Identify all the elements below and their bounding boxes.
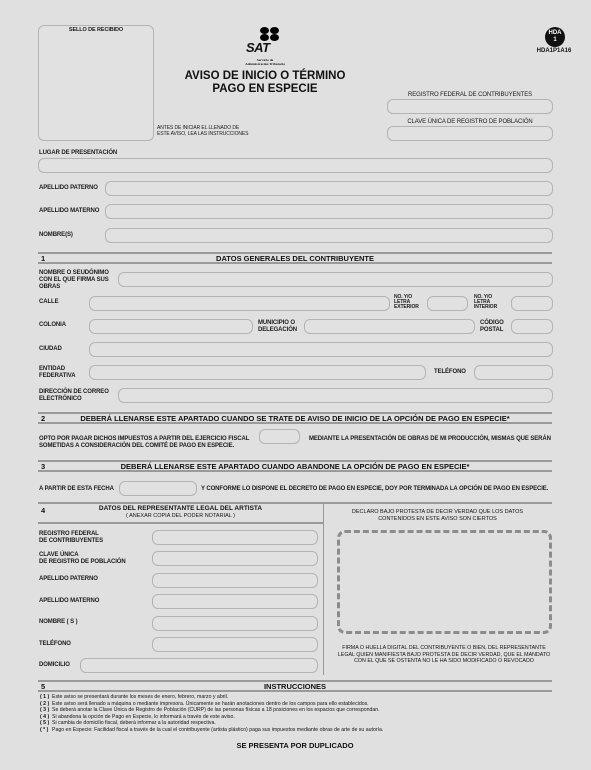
page-title-line1: AVISO DE INICIO O TÉRMINO <box>160 70 370 83</box>
ejercicio-fiscal-field[interactable] <box>259 429 300 444</box>
seudonimo-field[interactable] <box>118 272 553 287</box>
apellido-paterno-field[interactable] <box>105 181 553 196</box>
sat-logo-sub2: Administración Tributaria <box>235 62 295 66</box>
form-badge: HDA 1 <box>545 27 565 47</box>
no-exterior-field[interactable] <box>427 296 468 311</box>
page-title-line2: PAGO EN ESPECIE <box>160 83 370 96</box>
section-2-text-after: MEDIANTE LA PRESENTACIÓN DE OBRAS DE MI … <box>309 436 551 443</box>
no-interior-field[interactable] <box>511 296 553 311</box>
rep-curp-field[interactable] <box>152 551 318 566</box>
telefono-field[interactable] <box>474 365 553 380</box>
section-4-divider <box>323 503 324 675</box>
colonia-field[interactable] <box>89 319 253 334</box>
apellido-materno-field[interactable] <box>105 204 553 219</box>
codigo-postal-field[interactable] <box>511 319 553 334</box>
sat-logo-text: SAT <box>246 41 280 54</box>
rep-apellido-paterno-field[interactable] <box>152 573 318 588</box>
instruction-item: ( 5 )Si cambia de domicilio fiscal, debe… <box>40 720 216 726</box>
ciudad-label: CIUDAD <box>39 346 62 353</box>
apellido-paterno-label: APELLIDO PATERNO <box>39 185 98 192</box>
rfc-label: REGISTRO FEDERAL DE CONTRIBUYENTES <box>387 92 553 99</box>
municipio-label: MUNICIPIO O DELEGACIÓN <box>258 320 302 334</box>
rep-apellido-paterno-label: APELLIDO PATERNO <box>39 576 98 583</box>
instruction-item: ( 4 )Si abandona la opción de Pago en Es… <box>40 714 235 720</box>
stamp-label: SELLO DE RECIBIDO <box>38 27 154 34</box>
entidad-label: ENTIDAD FEDERATIVA <box>39 366 79 380</box>
seudonimo-label: NOMBRE O SEUDÓNIMO CON EL QUE FIRMA SUS … <box>39 270 117 291</box>
rep-rfc-label: REGISTRO FEDERAL DE CONTRIBUYENTES <box>39 531 103 545</box>
section-4-subheader-rule <box>38 522 323 524</box>
rep-nombre-label: NOMBRE ( S ) <box>39 619 77 626</box>
colonia-label: COLONIA <box>39 322 66 329</box>
form-code: HDA1P1A16 <box>526 48 582 54</box>
ciudad-field[interactable] <box>89 342 553 357</box>
curp-label: CLAVE ÚNICA DE REGISTRO DE POBLACIÓN <box>387 119 553 126</box>
municipio-field[interactable] <box>304 319 475 334</box>
section-4-top-rule <box>38 502 552 504</box>
calle-field[interactable] <box>89 296 390 311</box>
form-badge-line2: 1 <box>545 37 565 44</box>
lugar-field[interactable] <box>38 158 553 173</box>
curp-field[interactable] <box>387 126 553 141</box>
section-3-text-after: Y CONFORME LO DISPONE EL DECRETO DE PAGO… <box>201 486 548 493</box>
section-4-subtitle: ( ANEXAR COPIA DEL PODER NOTARIAL ) <box>38 513 323 520</box>
instruction-item: ( 2 )Este aviso será llenado a máquina o… <box>40 701 369 707</box>
section-2-text-before: OPTO POR PAGAR DICHOS IMPUESTOS A PARTIR… <box>39 436 269 450</box>
entidad-field[interactable] <box>89 365 426 380</box>
section-2-title: DEBERÁ LLENARSE ESTE APARTADO CUANDO SE … <box>38 414 552 423</box>
correo-label: DIRECCIÓN DE CORREO ELECTRÓNICO <box>39 389 119 403</box>
rep-curp-label: CLAVE ÚNICA DE REGISTRO DE POBLACIÓN <box>39 552 126 566</box>
rep-telefono-label: TELÉFONO <box>39 641 71 648</box>
lugar-label: LUGAR DE PRESENTACIÓN <box>39 150 117 157</box>
nombre-field[interactable] <box>105 228 553 243</box>
section-1-header: 1 DATOS GENERALES DEL CONTRIBUYENTE <box>38 252 552 264</box>
rep-apellido-materno-label: APELLIDO MATERNO <box>39 598 99 605</box>
rep-domicilio-field[interactable] <box>80 658 318 673</box>
rep-telefono-field[interactable] <box>152 637 318 652</box>
instruction-item: ( * )Pago en Especie: Facilidad fiscal a… <box>40 727 383 733</box>
rep-rfc-field[interactable] <box>152 530 318 545</box>
no-exterior-label: NO. Y/O LETRA EXTERIOR <box>394 295 426 310</box>
section-3-text-before: A PARTIR DE ESTA FECHA <box>39 486 114 493</box>
apellido-materno-label: APELLIDO MATERNO <box>39 208 99 215</box>
section-1-title: DATOS GENERALES DEL CONTRIBUYENTE <box>38 254 552 263</box>
no-interior-label: NO. Y/O LETRA INTERIOR <box>474 295 506 310</box>
footer-note: SE PRESENTA POR DUPLICADO <box>38 741 552 750</box>
sat-logo: SAT Servicio de Administración Tributari… <box>240 27 310 67</box>
rfc-field[interactable] <box>387 99 553 114</box>
stamp-box <box>38 25 154 141</box>
instructions-note: ANTES DE INICIAR EL LLENADO DE ESTE AVIS… <box>157 126 248 137</box>
instruction-item: ( 3 )Se deberá anotar la Clave Única de … <box>40 707 380 713</box>
telefono-label: TELÉFONO <box>434 369 466 376</box>
instruction-item: ( 1 )Este aviso se presentará durante lo… <box>40 694 228 700</box>
section-5-header: 5 INSTRUCCIONES <box>38 680 552 692</box>
section-5-title: INSTRUCCIONES <box>38 682 552 691</box>
section-4-title: DATOS DEL REPRESENTANTE LEGAL DEL ARTIST… <box>38 505 323 513</box>
declaration-text: DECLARO BAJO PROTESTA DE DECIR VERDAD QU… <box>345 509 530 522</box>
signature-caption: FIRMA O HUELLA DIGITAL DEL CONTRIBUYENTE… <box>334 645 554 665</box>
page-title: AVISO DE INICIO O TÉRMINO PAGO EN ESPECI… <box>160 70 370 96</box>
fecha-field[interactable] <box>119 481 197 496</box>
correo-field[interactable] <box>118 388 553 403</box>
section-3-title: DEBERÁ LLENARSE ESTE APARTADO CUANDO ABA… <box>38 462 552 471</box>
section-2-header: 2 DEBERÁ LLENARSE ESTE APARTADO CUANDO S… <box>38 412 552 424</box>
form-badge-line1: HDA <box>545 30 565 37</box>
rep-nombre-field[interactable] <box>152 616 318 631</box>
section-3-header: 3 DEBERÁ LLENARSE ESTE APARTADO CUANDO A… <box>38 460 552 472</box>
nombre-label: NOMBRE(S) <box>39 232 73 239</box>
calle-label: CALLE <box>39 299 59 306</box>
rep-domicilio-label: DOMICILIO <box>39 662 70 669</box>
codigo-postal-label: CÓDIGO POSTAL <box>480 320 510 334</box>
signature-box[interactable] <box>337 530 552 634</box>
rep-apellido-materno-field[interactable] <box>152 594 318 609</box>
